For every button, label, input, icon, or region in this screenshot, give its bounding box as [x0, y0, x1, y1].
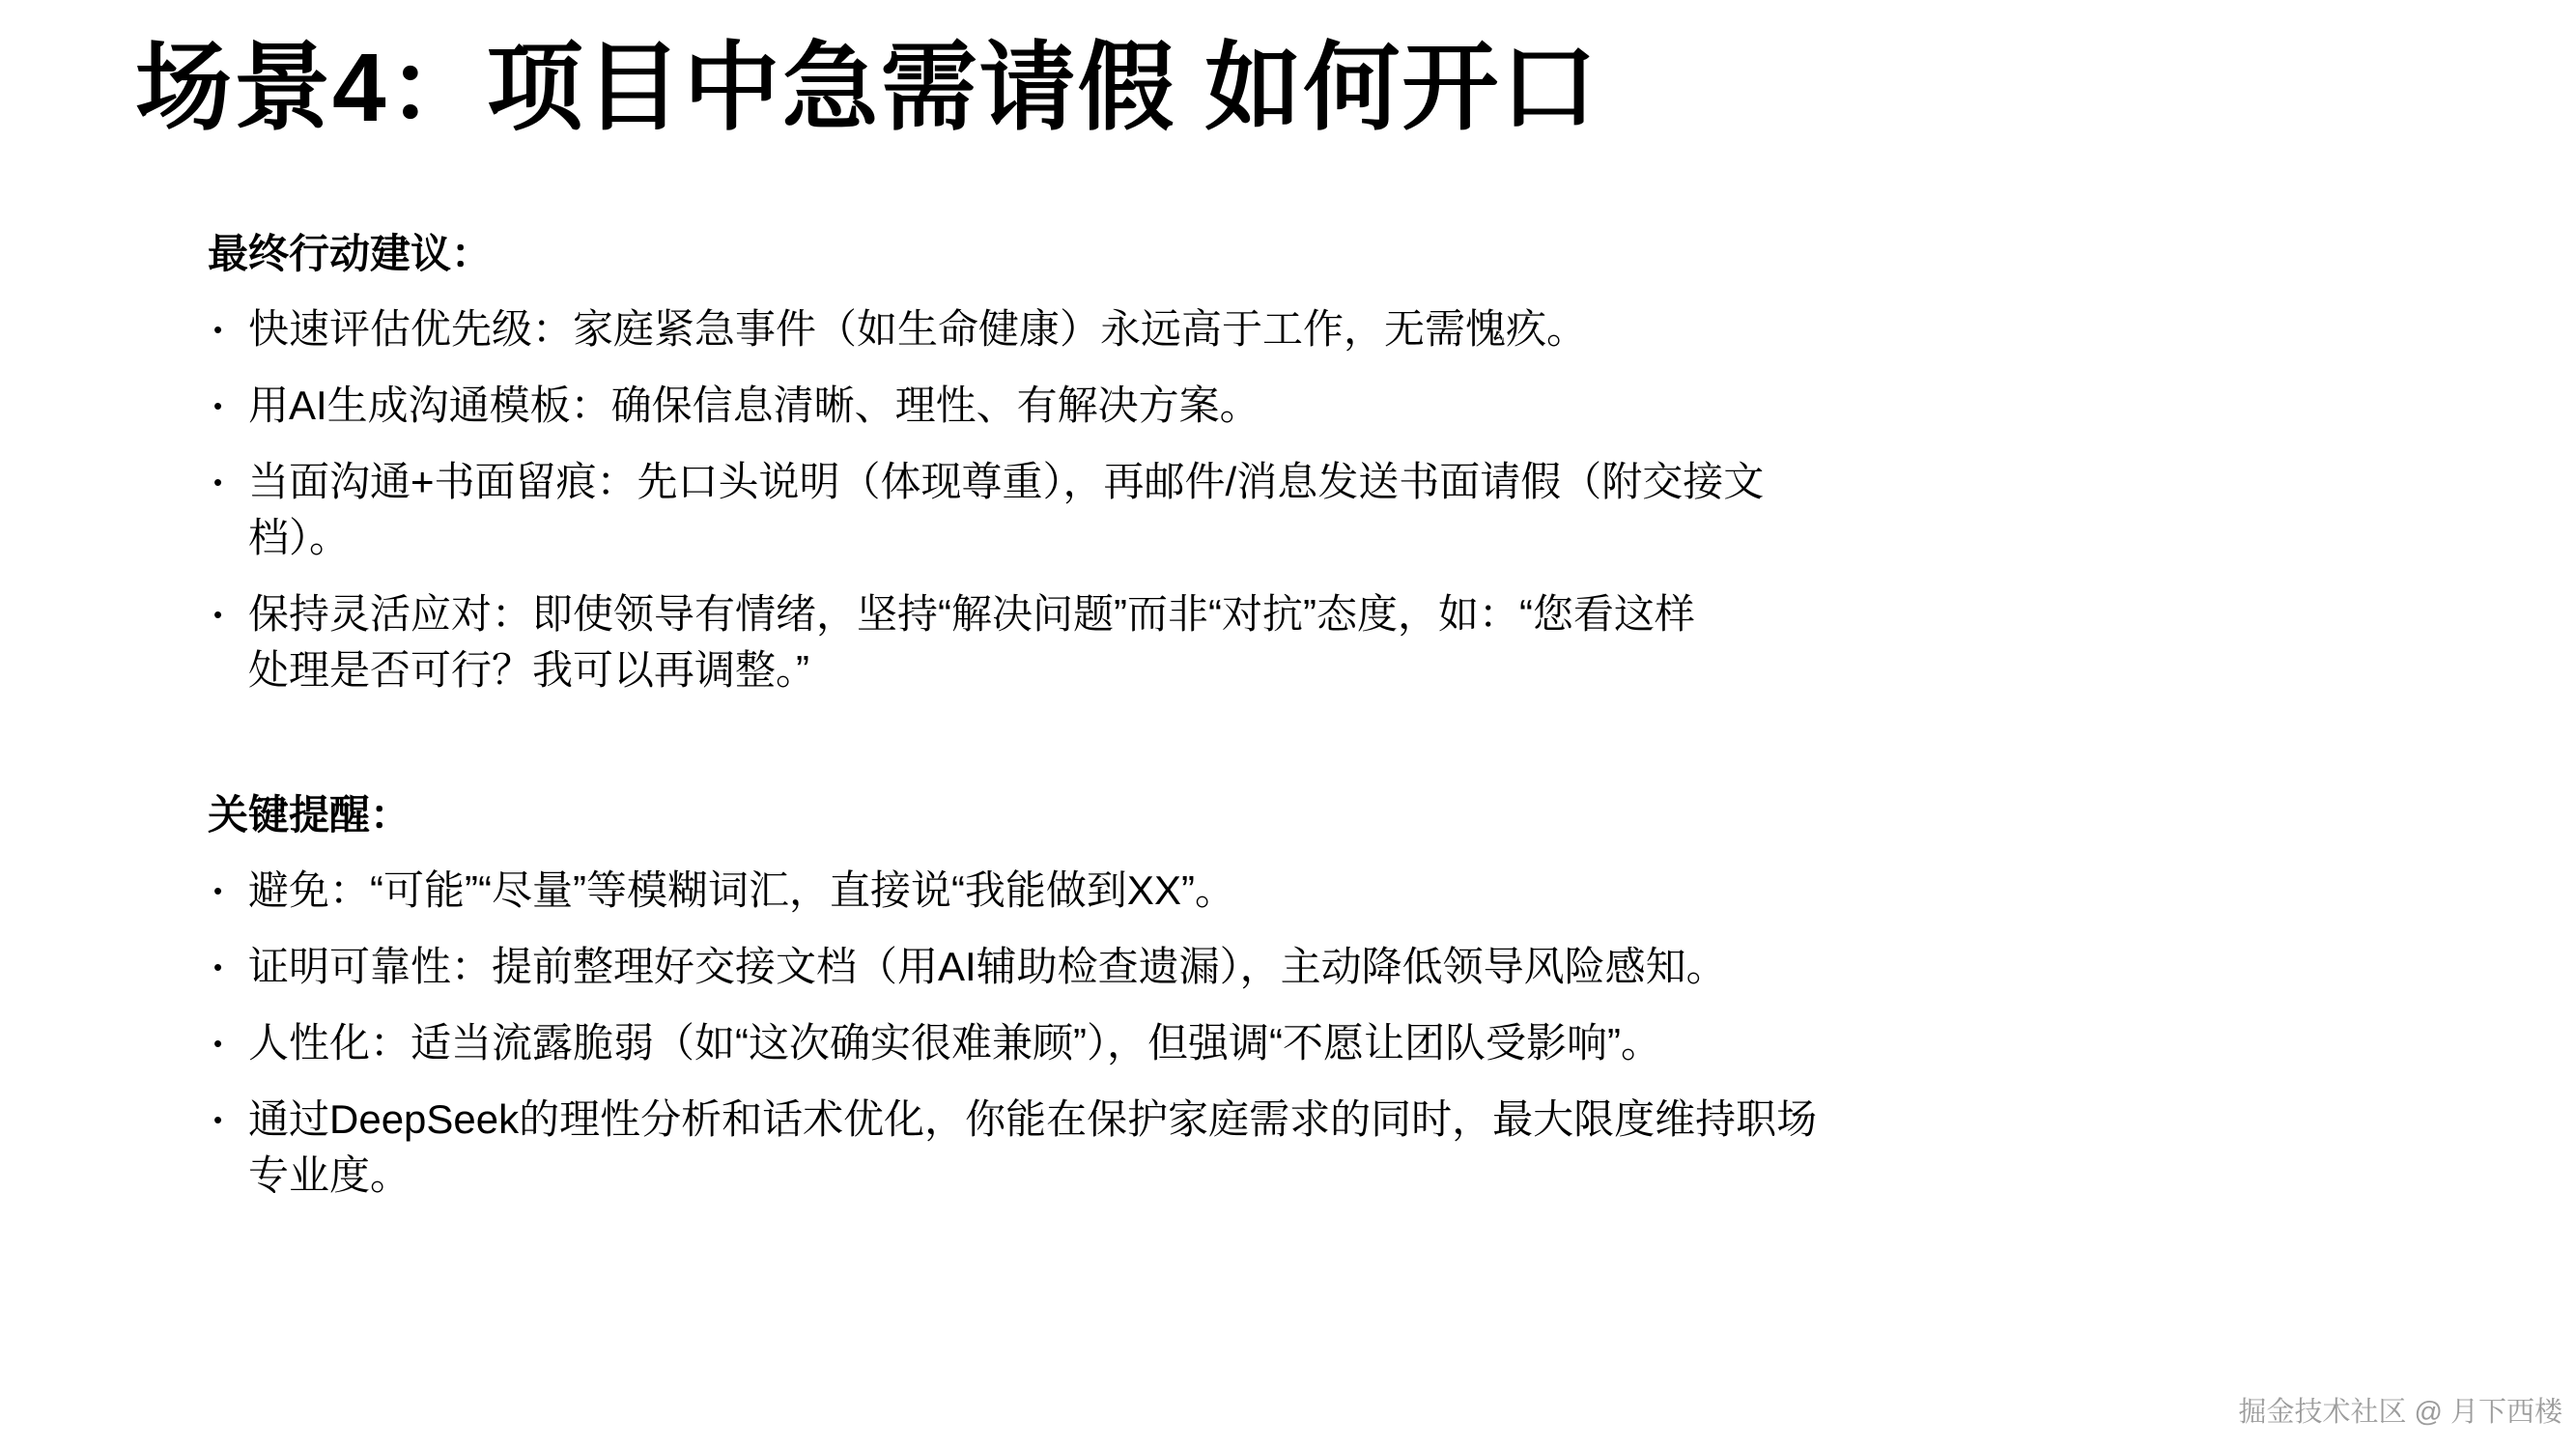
list-item: • 通过DeepSeek的理性分析和话术优化，你能在保护家庭需求的同时，最大限度… [208, 1092, 2518, 1204]
section-heading-key-reminders: 关键提醒： [208, 787, 2518, 843]
bullet-text: 证明可靠性：提前整理好交接文档（用AI辅助检查遗漏），主动降低领导风险感知。 [248, 939, 1727, 995]
list-item: • 快速评估优先级：家庭紧急事件（如生命健康）永远高于工作，无需愧疚。 [208, 301, 2518, 357]
list-item: • 用AI生成沟通模板：确保信息清晰、理性、有解决方案。 [208, 378, 2518, 434]
bullet-dot: • [208, 301, 248, 357]
bullet-dot: • [208, 454, 248, 510]
list-item: • 当面沟通+书面留痕：先口头说明（体现尊重），再邮件/消息发送书面请假（附交接… [208, 454, 2518, 566]
bullet-dot: • [208, 939, 248, 995]
bullet-dot: • [208, 586, 248, 642]
bullet-text: 快速评估优先级：家庭紧急事件（如生命健康）永远高于工作，无需愧疚。 [248, 301, 1587, 357]
bullet-list: • 快速评估优先级：家庭紧急事件（如生命健康）永远高于工作，无需愧疚。 • 用A… [208, 301, 2518, 698]
list-item: • 保持灵活应对：即使领导有情绪，坚持“解决问题”而非“对抗”态度，如：“您看这… [208, 586, 2518, 698]
bullet-text: 用AI生成沟通模板：确保信息清晰、理性、有解决方案。 [248, 378, 1260, 434]
bullet-list: • 避免：“可能”“尽量”等模糊词汇，直接说“我能做到XX”。 • 证明可靠性：… [208, 863, 2518, 1204]
section-final-action-advice: 最终行动建议： • 快速评估优先级：家庭紧急事件（如生命健康）永远高于工作，无需… [208, 226, 2518, 698]
bullet-dot: • [208, 378, 248, 434]
list-item: • 证明可靠性：提前整理好交接文档（用AI辅助检查遗漏），主动降低领导风险感知。 [208, 939, 2518, 995]
bullet-text: 避免：“可能”“尽量”等模糊词汇，直接说“我能做到XX”。 [248, 863, 1235, 919]
slide: 场景4：项目中急需请假 如何开口 最终行动建议： • 快速评估优先级：家庭紧急事… [0, 0, 2576, 1449]
bullet-dot: • [208, 863, 248, 919]
bullet-text: 人性化：适当流露脆弱（如“这次确实很难兼顾”），但强调“不愿让团队受影响”。 [248, 1015, 1661, 1071]
list-item: • 人性化：适当流露脆弱（如“这次确实很难兼顾”），但强调“不愿让团队受影响”。 [208, 1015, 2518, 1071]
section-heading-final-action-advice: 最终行动建议： [208, 226, 2518, 282]
bullet-dot: • [208, 1092, 248, 1148]
list-item: • 避免：“可能”“尽量”等模糊词汇，直接说“我能做到XX”。 [208, 863, 2518, 919]
bullet-dot: • [208, 1015, 248, 1071]
watermark: 掘金技术社区 @ 月下西楼 [2238, 1396, 2562, 1430]
section-key-reminders: 关键提醒： • 避免：“可能”“尽量”等模糊词汇，直接说“我能做到XX”。 • … [208, 787, 2518, 1204]
bullet-text: 当面沟通+书面留痕：先口头说明（体现尊重），再邮件/消息发送书面请假（附交接文 … [248, 454, 1764, 566]
slide-title: 场景4：项目中急需请假 如何开口 [0, 0, 2576, 149]
slide-content: 最终行动建议： • 快速评估优先级：家庭紧急事件（如生命健康）永远高于工作，无需… [208, 226, 2518, 1204]
bullet-text: 通过DeepSeek的理性分析和话术优化，你能在保护家庭需求的同时，最大限度维持… [248, 1092, 1817, 1204]
bullet-text: 保持灵活应对：即使领导有情绪，坚持“解决问题”而非“对抗”态度，如：“您看这样 … [248, 586, 1695, 698]
